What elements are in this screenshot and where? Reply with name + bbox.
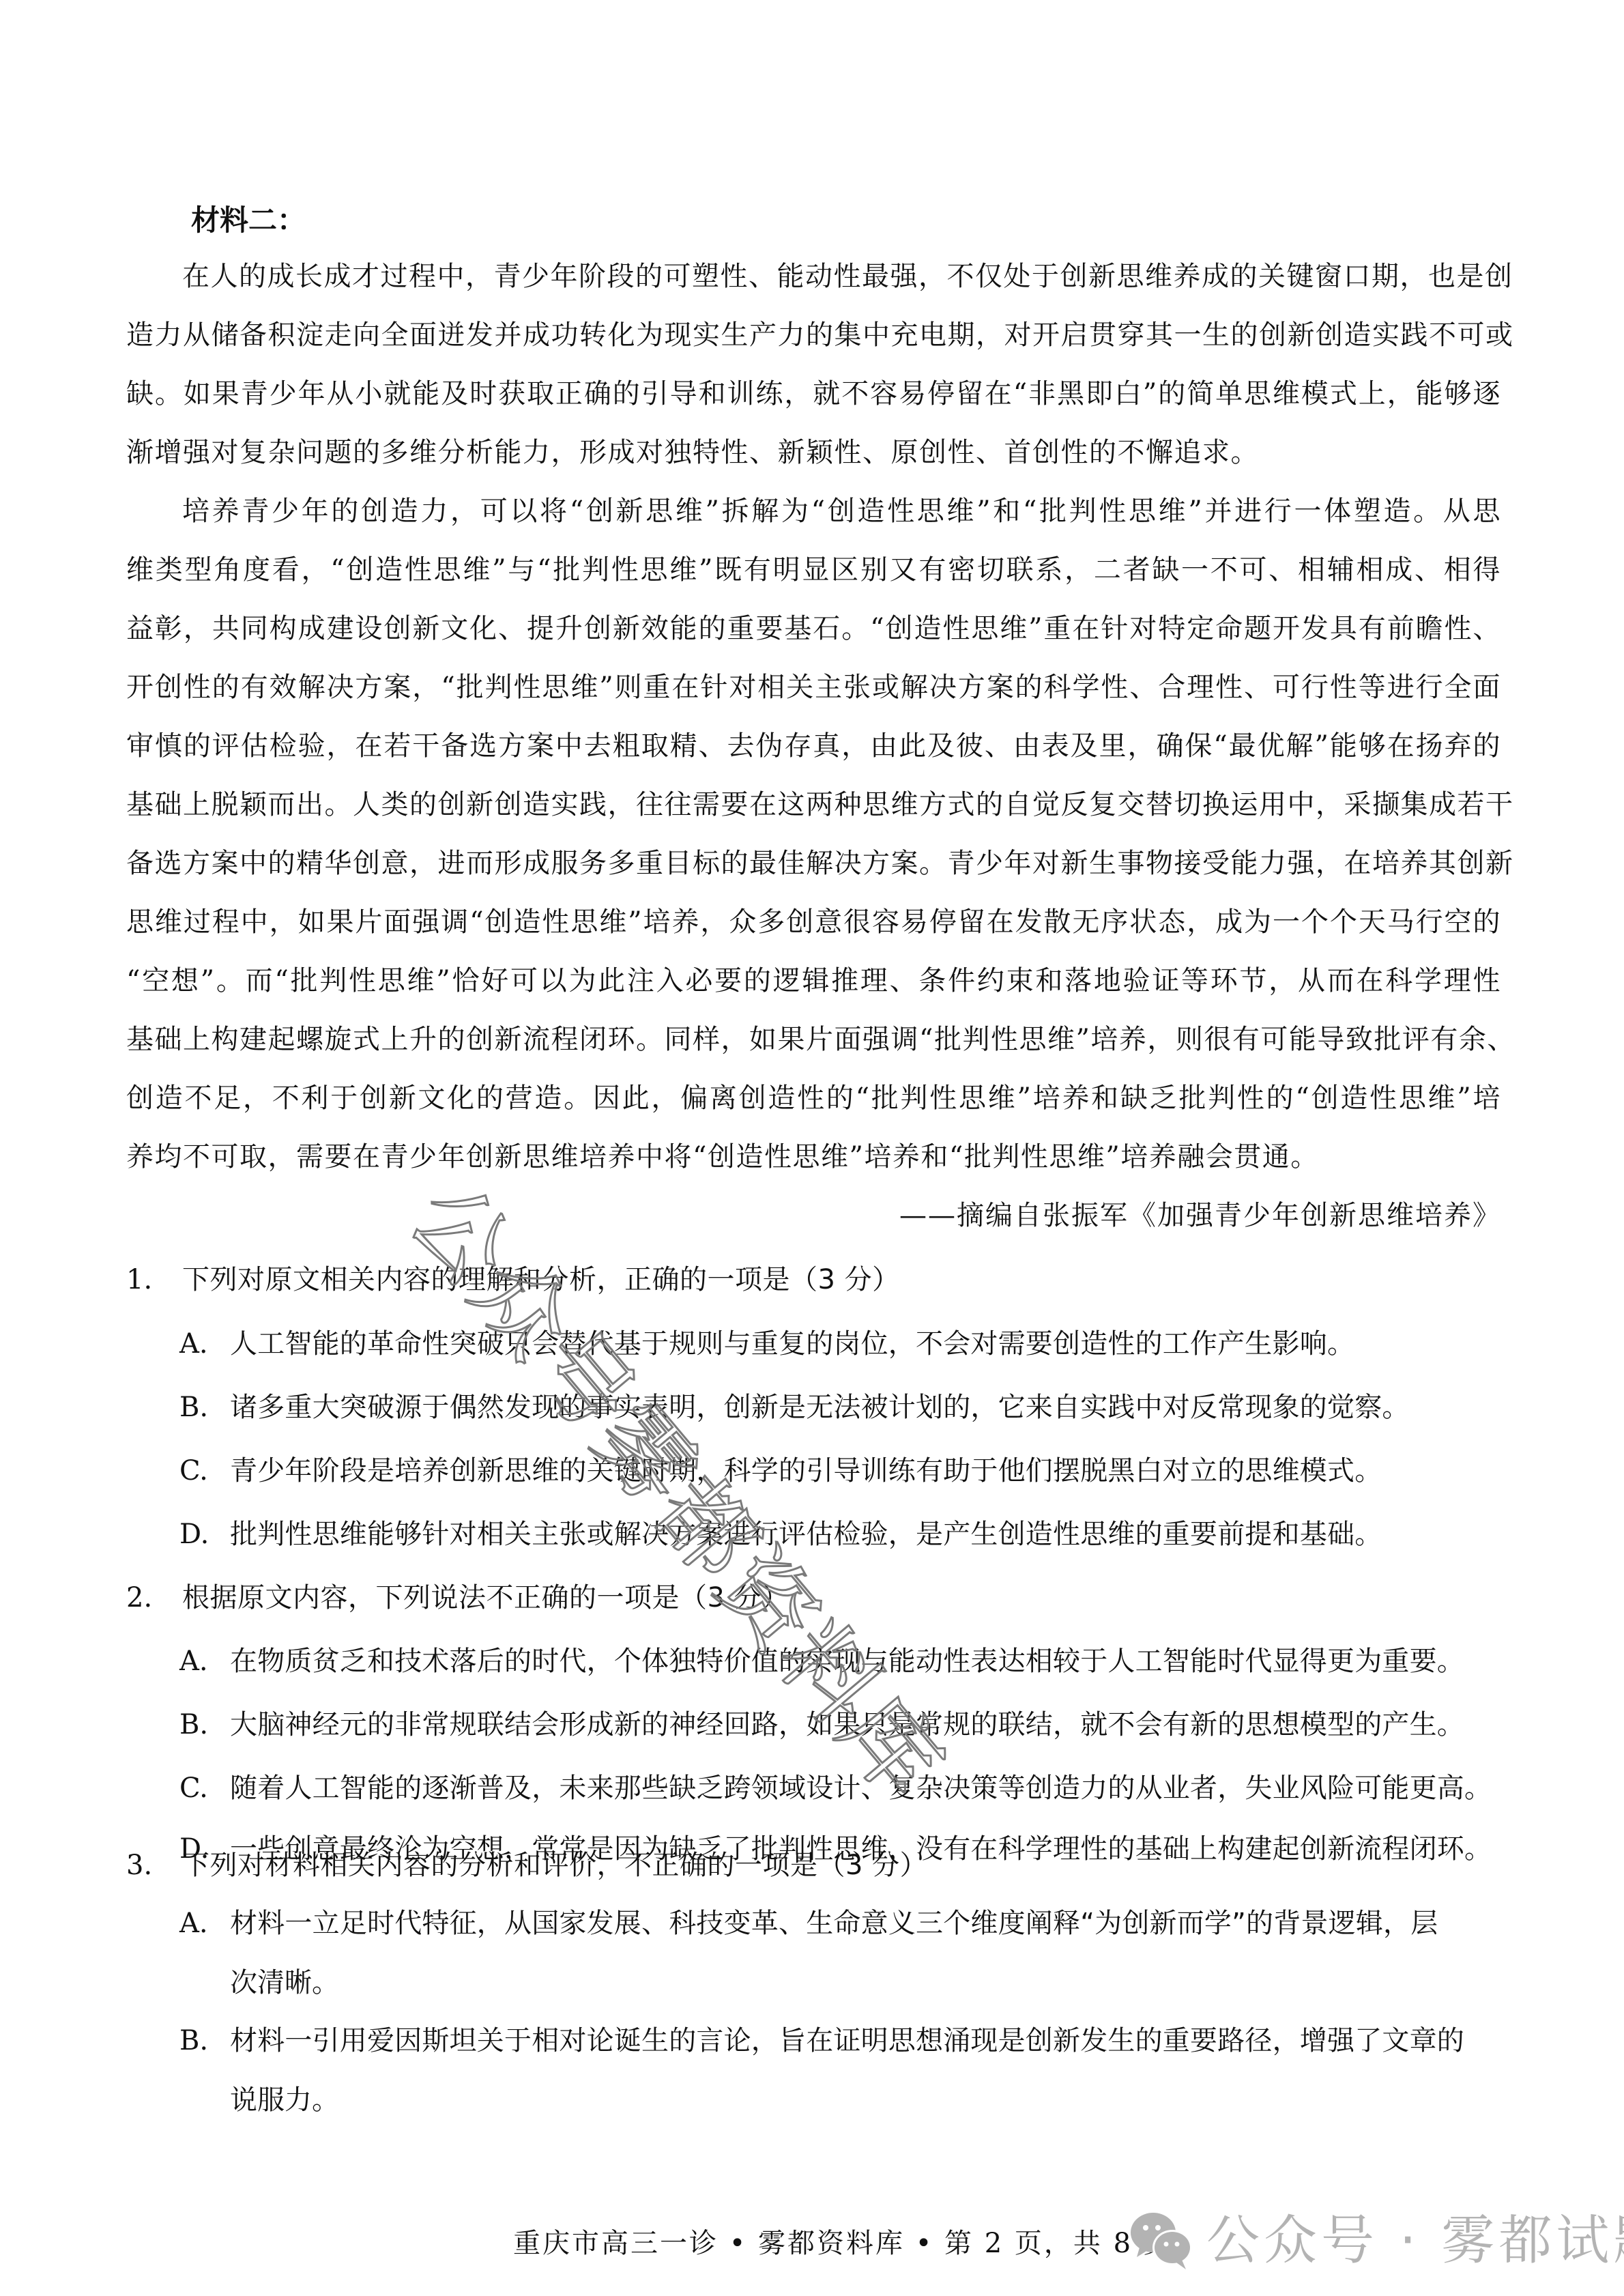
exam-page: 材料二： 在人的成长成才过程中，青少年阶段的可塑性、能动性最强，不仅处于创新思维… [0,0,1624,2296]
page-footer: 重庆市高三一诊 • 雾都资料库 • 第 2 页，共 8 页 [513,2220,1173,2267]
paragraph-line: 思维过程中，如果片面强调“创造性思维”培养，众多创意很容易停留在发散无序状态，成… [126,893,1501,951]
paragraph-line: 益彰，共同构成建设创新文化、提升创新效能的重要基石。“创造性思维”重在针对特定命… [126,599,1501,658]
question-number: 2. [126,1568,152,1627]
question-stem: 根据原文内容，下列说法不正确的一项是（3 分） [182,1568,789,1627]
option-letter-d: D. [179,1505,209,1564]
option-b: 大脑神经元的非常规联结会形成新的神经回路，如果只是常规的联结，就不会有新的思想模… [230,1695,1464,1754]
paragraph-line: “空想”。而“批判性思维”恰好可以为此注入必要的逻辑推理、条件约束和落地验证等环… [126,951,1501,1010]
option-letter-b: B. [179,1695,208,1754]
paragraph-line: 基础上构建起螺旋式上升的创新流程闭环。同样，如果片面强调“批判性思维”培养，则很… [126,1010,1501,1069]
option-letter-c: C. [179,1441,208,1500]
option-b: 材料一引用爱因斯坦关于相对论诞生的言论，旨在证明思想涌现是创新发生的重要路径，增… [230,2011,1464,2070]
question-stem: 下列对材料相关内容的分析和评价，不正确的一项是（3 分） [182,1836,927,1895]
option-letter-b: B. [179,1378,208,1437]
paragraph-line: 在人的成长成才过程中，青少年阶段的可塑性、能动性最强，不仅处于创新思维养成的关键… [182,247,1501,306]
brand-text: 公众号 · 雾都试题 [1206,2203,1624,2278]
option-d: 批判性思维能够针对相关主张或解决方案进行评估检验，是产生创造性思维的重要前提和基… [230,1505,1382,1564]
paragraph-line: 造力从储备积淀走向全面迸发并成功转化为现实生产力的集中充电期，对开启贯穿其一生的… [126,306,1501,364]
wechat-icon [1127,2205,1195,2277]
question-number: 3. [126,1836,152,1895]
option-a: 材料一立足时代特征，从国家发展、科技变革、生命意义三个维度阐释“为创新而学”的背… [230,1894,1438,1953]
question-number: 1. [126,1250,152,1309]
option-letter-a: A. [179,1894,208,1953]
paragraph-line: 养均不可取，需要在青少年创新思维培养中将“创造性思维”培养和“批判性思维”培养融… [126,1128,1501,1186]
paragraph-line: 开创性的有效解决方案，“批判性思维”则重在针对相关主张或解决方案的科学性、合理性… [126,658,1501,717]
material-heading: 材料二： [191,191,1566,250]
paragraph-line: 备选方案中的精华创意，进而形成服务多重目标的最佳解决方案。青少年对新生事物接受能… [126,834,1501,893]
paragraph-line: 审慎的评估检验，在若干备选方案中去粗取精、去伪存真，由此及彼、由表及里，确保“最… [126,717,1501,775]
source-attribution: ——摘编自张振军《加强青少年创新思维培养》 [899,1186,1501,1245]
option-c: 青少年阶段是培养创新思维的关键时期，科学的引导训练有助于他们摆脱黑白对立的思维模… [230,1441,1382,1500]
option-a: 人工智能的革命性突破只会替代基于规则与重复的岗位，不会对需要创造性的工作产生影响… [230,1315,1354,1373]
option-b: 诸多重大突破源于偶然发现的事实表明，创新是无法被计划的，它来自实践中对反常现象的… [230,1378,1410,1437]
paragraph-line: 渐增强对复杂问题的多维分析能力，形成对独特性、新颖性、原创性、首创性的不懈追求。 [126,423,1501,482]
paragraph-line: 缺。如果青少年从小就能及时获取正确的引导和训练，就不容易停留在“非黑即白”的简单… [126,364,1501,423]
option-c: 随着人工智能的逐渐普及，未来那些缺乏跨领域设计、复杂决策等创造力的从业者，失业风… [230,1759,1492,1818]
paragraph-line: 培养青少年的创造力，可以将“创新思维”拆解为“创造性思维”和“批判性思维”并进行… [182,482,1501,541]
option-letter-c: C. [179,1759,208,1818]
question-stem: 下列对原文相关内容的理解和分析，正确的一项是（3 分） [182,1250,900,1309]
paragraph-line: 维类型角度看，“创造性思维”与“批判性思维”既有明显区别又有密切联系，二者缺一不… [126,541,1501,599]
option-b-continuation: 说服力。 [230,2071,339,2129]
option-letter-b: B. [179,2011,208,2070]
option-a: 在物质贫乏和技术落后的时代，个体独特价值的实现与能动性表达相较于人工智能时代显得… [230,1632,1464,1691]
option-letter-a: A. [179,1632,208,1691]
paragraph-line: 创造不足，不利于创新文化的营造。因此，偏离创造性的“批判性思维”培养和缺乏批判性… [126,1069,1501,1128]
option-letter-a: A. [179,1315,208,1373]
paragraph-line: 基础上脱颖而出。人类的创新创造实践，往往需要在这两种思维方式的自觉反复交替切换运… [126,775,1501,834]
brand-badge: 公众号 · 雾都试题 [1127,2203,1624,2278]
option-a-continuation: 次清晰。 [230,1953,339,2012]
